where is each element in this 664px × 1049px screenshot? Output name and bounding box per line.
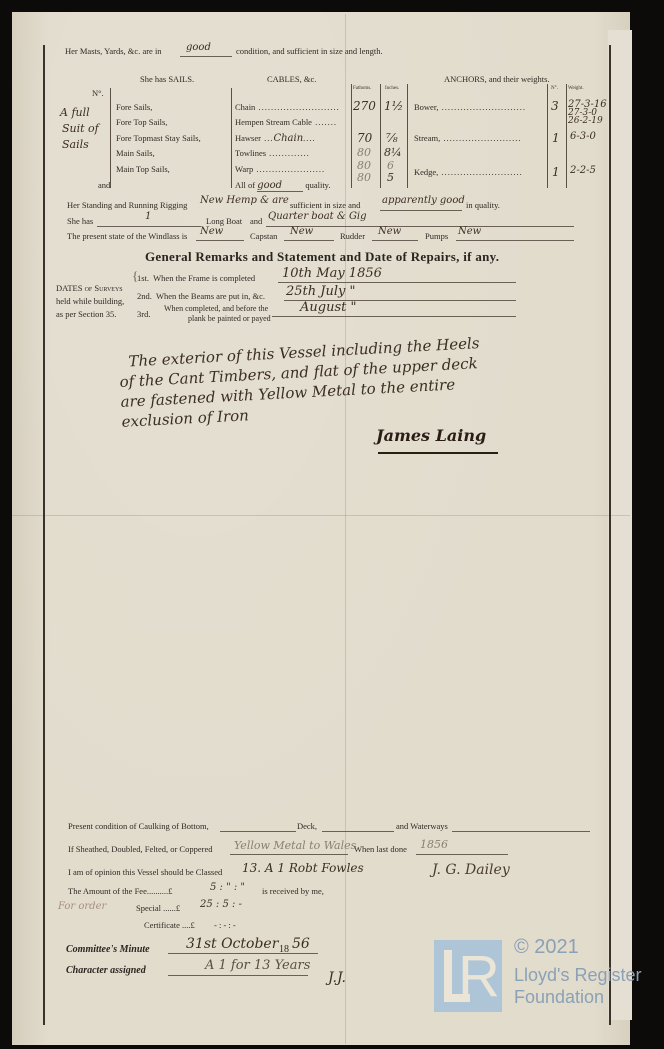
- margin-note: For order: [58, 901, 106, 912]
- fathoms-header: Fathoms.: [353, 86, 371, 91]
- fold-crease-horizontal: [12, 515, 630, 516]
- cables-all-of: All of good quality.: [235, 180, 331, 192]
- stream-weight: 6-3-0: [570, 131, 596, 142]
- watermark-org-line2: Foundation: [514, 987, 604, 1008]
- rigging-quality-value: apparently good: [382, 195, 465, 206]
- character-assigned-label: Character assigned: [66, 965, 146, 976]
- classed-label: I am of opinion this Vessel should be Cl…: [68, 867, 222, 877]
- year-value: 56: [292, 936, 310, 952]
- deck-label: Deck,: [297, 821, 317, 831]
- surveyor-signature: J. G. Dailey: [432, 862, 510, 878]
- stream-no: 1: [552, 131, 560, 145]
- sail-item: Fore Sails,: [116, 102, 152, 112]
- kedge-weight: 2-2-5: [570, 165, 596, 176]
- lr-logo: R: [434, 940, 502, 1012]
- survey-value-1: 10th May 1856: [282, 266, 382, 281]
- sail-item: Main Top Sails,: [116, 164, 170, 174]
- survey-row-3-label: When completed, and before the: [164, 304, 268, 313]
- capstan-value: New: [290, 226, 313, 237]
- sail-item: Fore Top Sails,: [116, 117, 167, 127]
- boats-and-label: and: [250, 216, 262, 226]
- survey-value-3: August ": [300, 300, 356, 315]
- sails-handwritten-1: A full: [60, 106, 90, 119]
- sails-handwritten-3: Sails: [62, 138, 89, 151]
- rudder-label: Rudder: [340, 231, 365, 241]
- caulking-label: Present condition of Caulking of Bottom,: [68, 821, 209, 831]
- surveys-side-label-2: held while building,: [56, 296, 124, 306]
- cables-heading: CABLES, &c.: [267, 74, 316, 84]
- capstan-label: Capstan: [250, 231, 277, 241]
- boats-other: Quarter boat & Gig: [268, 211, 367, 222]
- fold-crease-vertical: [345, 14, 346, 1044]
- rigging-middle: sufficient in size and: [290, 200, 360, 210]
- boats-label: She has: [67, 216, 93, 226]
- inches-header: Inches.: [385, 86, 399, 91]
- towlines-inches: 8¼: [384, 146, 402, 159]
- masts-value: good: [186, 42, 211, 53]
- masts-suffix: condition, and sufficient in size and le…: [236, 46, 383, 56]
- chain-fathoms: 270: [353, 99, 376, 113]
- lr-logo-letter: R: [458, 948, 500, 1006]
- long-boat-label: Long Boat: [206, 216, 242, 226]
- boats-count: 1: [145, 211, 151, 222]
- cable-row-towlines: Towlines .............: [235, 148, 310, 158]
- cable-row-chain: Chain ..........................: [235, 102, 340, 112]
- waterways-label: and Waterways: [396, 821, 448, 831]
- sails-heading: She has SAILS.: [140, 74, 194, 84]
- watermark-org-line1: Lloyd's Register: [514, 965, 642, 986]
- kedge-no: 1: [552, 165, 560, 179]
- committee-minute-label: Committee's Minute: [66, 944, 150, 955]
- hawser-inches: ⅞: [386, 131, 398, 145]
- remarks-title: General Remarks and Statement and Date o…: [145, 249, 499, 265]
- sheathing-label: If Sheathed, Doubled, Felted, or Coppere…: [68, 844, 212, 854]
- last-done-value: 1856: [420, 838, 448, 851]
- certificate-value: - : - : -: [214, 920, 236, 930]
- special-value: 25 : 5 : -: [200, 899, 242, 910]
- hawser-fathoms: 70: [357, 131, 372, 145]
- sails-and-label: and: [98, 180, 110, 190]
- cable-row-hawser: Hawser ...Chain....: [235, 133, 316, 144]
- windlass-value: New: [200, 226, 223, 237]
- survey-row-1: 1st. When the Frame is completed: [137, 273, 255, 283]
- survey-row-3-num: 3rd.: [137, 309, 150, 319]
- survey-row-2: 2nd. When the Beams are put in, &c.: [137, 291, 265, 301]
- right-border-rule: [609, 45, 611, 1025]
- bower-weight-3: 26-2-19: [568, 116, 603, 126]
- sails-handwritten-2: Suit of: [62, 122, 99, 135]
- anchor-row-kedge: Kedge, ..........................: [414, 167, 523, 177]
- sail-item: Fore Topmast Stay Sails,: [116, 133, 201, 143]
- extra-inches: 5: [387, 171, 394, 184]
- special-label: Special ......£: [136, 903, 180, 913]
- left-border-rule: [43, 45, 45, 1025]
- rigging-value: New Hemp & are: [200, 195, 289, 206]
- anchor-no-header: N°.: [551, 86, 558, 91]
- bower-no: 3: [551, 99, 559, 113]
- towlines-fathoms: 80: [357, 146, 371, 159]
- watermark-copyright: © 2021: [514, 936, 579, 959]
- pumps-label: Pumps: [425, 231, 448, 241]
- weight-header: Weight.: [568, 86, 584, 91]
- classed-value: 13. A 1 Robt Fowles: [242, 861, 364, 875]
- anchor-row-bower: Bower, ...........................: [414, 102, 526, 112]
- last-done-label: When last done: [354, 844, 407, 854]
- sheathing-value: Yellow Metal to Wales: [234, 839, 356, 852]
- chain-inches: 1½: [384, 99, 403, 113]
- rigging-label: Her Standing and Running Rigging: [67, 200, 187, 210]
- cable-row-warp: Warp ......................: [235, 164, 325, 174]
- rudder-value: New: [378, 226, 401, 237]
- character-assigned-value: A 1 for 13 Years: [205, 958, 310, 973]
- sails-no-label: N°.: [92, 88, 104, 98]
- anchor-row-stream: Stream, .........................: [414, 133, 521, 143]
- masts-label: Her Masts, Yards, &c. are in: [65, 46, 162, 56]
- extra-fathoms: 80: [357, 171, 371, 184]
- fee-received-label: is received by me,: [262, 886, 324, 896]
- rigging-suffix: in quality.: [466, 200, 500, 210]
- anchors-heading: ANCHORS, and their weights.: [444, 74, 550, 84]
- committee-minute-value: 31st October: [186, 936, 278, 952]
- sail-item: Main Sails,: [116, 148, 155, 158]
- pumps-value: New: [458, 226, 481, 237]
- certificate-label: Certificate ....£: [144, 920, 195, 930]
- surveys-side-label-1: DATES of Surveys: [56, 283, 123, 293]
- surveys-side-label-3: as per Section 35.: [56, 309, 116, 319]
- fee-label: The Amount of the Fee..........£: [68, 886, 172, 896]
- windlass-label: The present state of the Windlass is: [67, 231, 187, 241]
- signature: James Laing: [376, 426, 486, 445]
- survey-row-3-label2: plank be painted or payed: [188, 314, 271, 323]
- torn-edge: [608, 30, 632, 1020]
- cable-row-hempen: Hempen Stream Cable .......: [235, 117, 337, 127]
- fee-value: 5 : " : ": [210, 882, 245, 893]
- survey-value-2: 25th July ": [286, 284, 355, 299]
- committee-initials: J.J.: [328, 970, 346, 986]
